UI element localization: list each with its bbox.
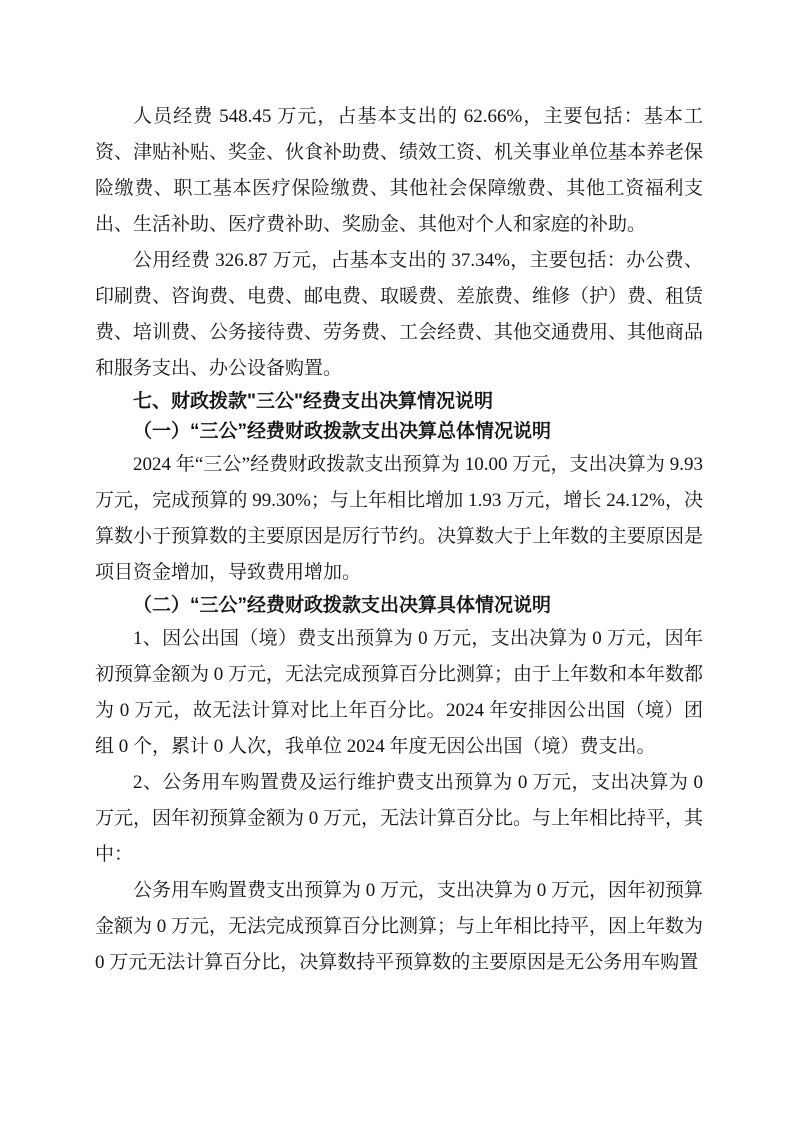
paragraph-public-operating-funds: 公用经费 326.87 万元，占基本支出的 37.34%，主要包括：办公费、印刷… [95, 243, 703, 387]
paragraph-three-public-overall: 2024 年“三公”经费财政拨款支出预算为 10.00 万元，支出决算为 9.9… [95, 447, 703, 591]
heading-section-seven-three-public-funds: 七、财政拨款"三公"经费支出决算情况说明 [95, 387, 703, 417]
document-content: 人员经费 548.45 万元，占基本支出的 62.66%，主要包括：基本工资、津… [95, 99, 703, 981]
paragraph-official-vehicle-total: 2、公务用车购置费及运行维护费支出预算为 0 万元，支出决算为 0 万元，因年初… [95, 765, 703, 873]
paragraph-personnel-funds: 人员经费 548.45 万元，占基本支出的 62.66%，主要包括：基本工资、津… [95, 99, 703, 243]
document-page: 人员经费 548.45 万元，占基本支出的 62.66%，主要包括：基本工资、津… [0, 0, 793, 1122]
paragraph-official-vehicle-purchase: 公务用车购置费支出预算为 0 万元，支出决算为 0 万元，因年初预算金额为 0 … [95, 873, 703, 981]
paragraph-overseas-trip-expense: 1、因公出国（境）费支出预算为 0 万元，支出决算为 0 万元，因年初预算金额为… [95, 621, 703, 765]
heading-sub-one-overall-situation: （一）“三公”经费财政拨款支出决算总体情况说明 [95, 417, 703, 447]
heading-sub-two-specific-situation: （二）“三公”经费财政拨款支出决算具体情况说明 [95, 591, 703, 621]
